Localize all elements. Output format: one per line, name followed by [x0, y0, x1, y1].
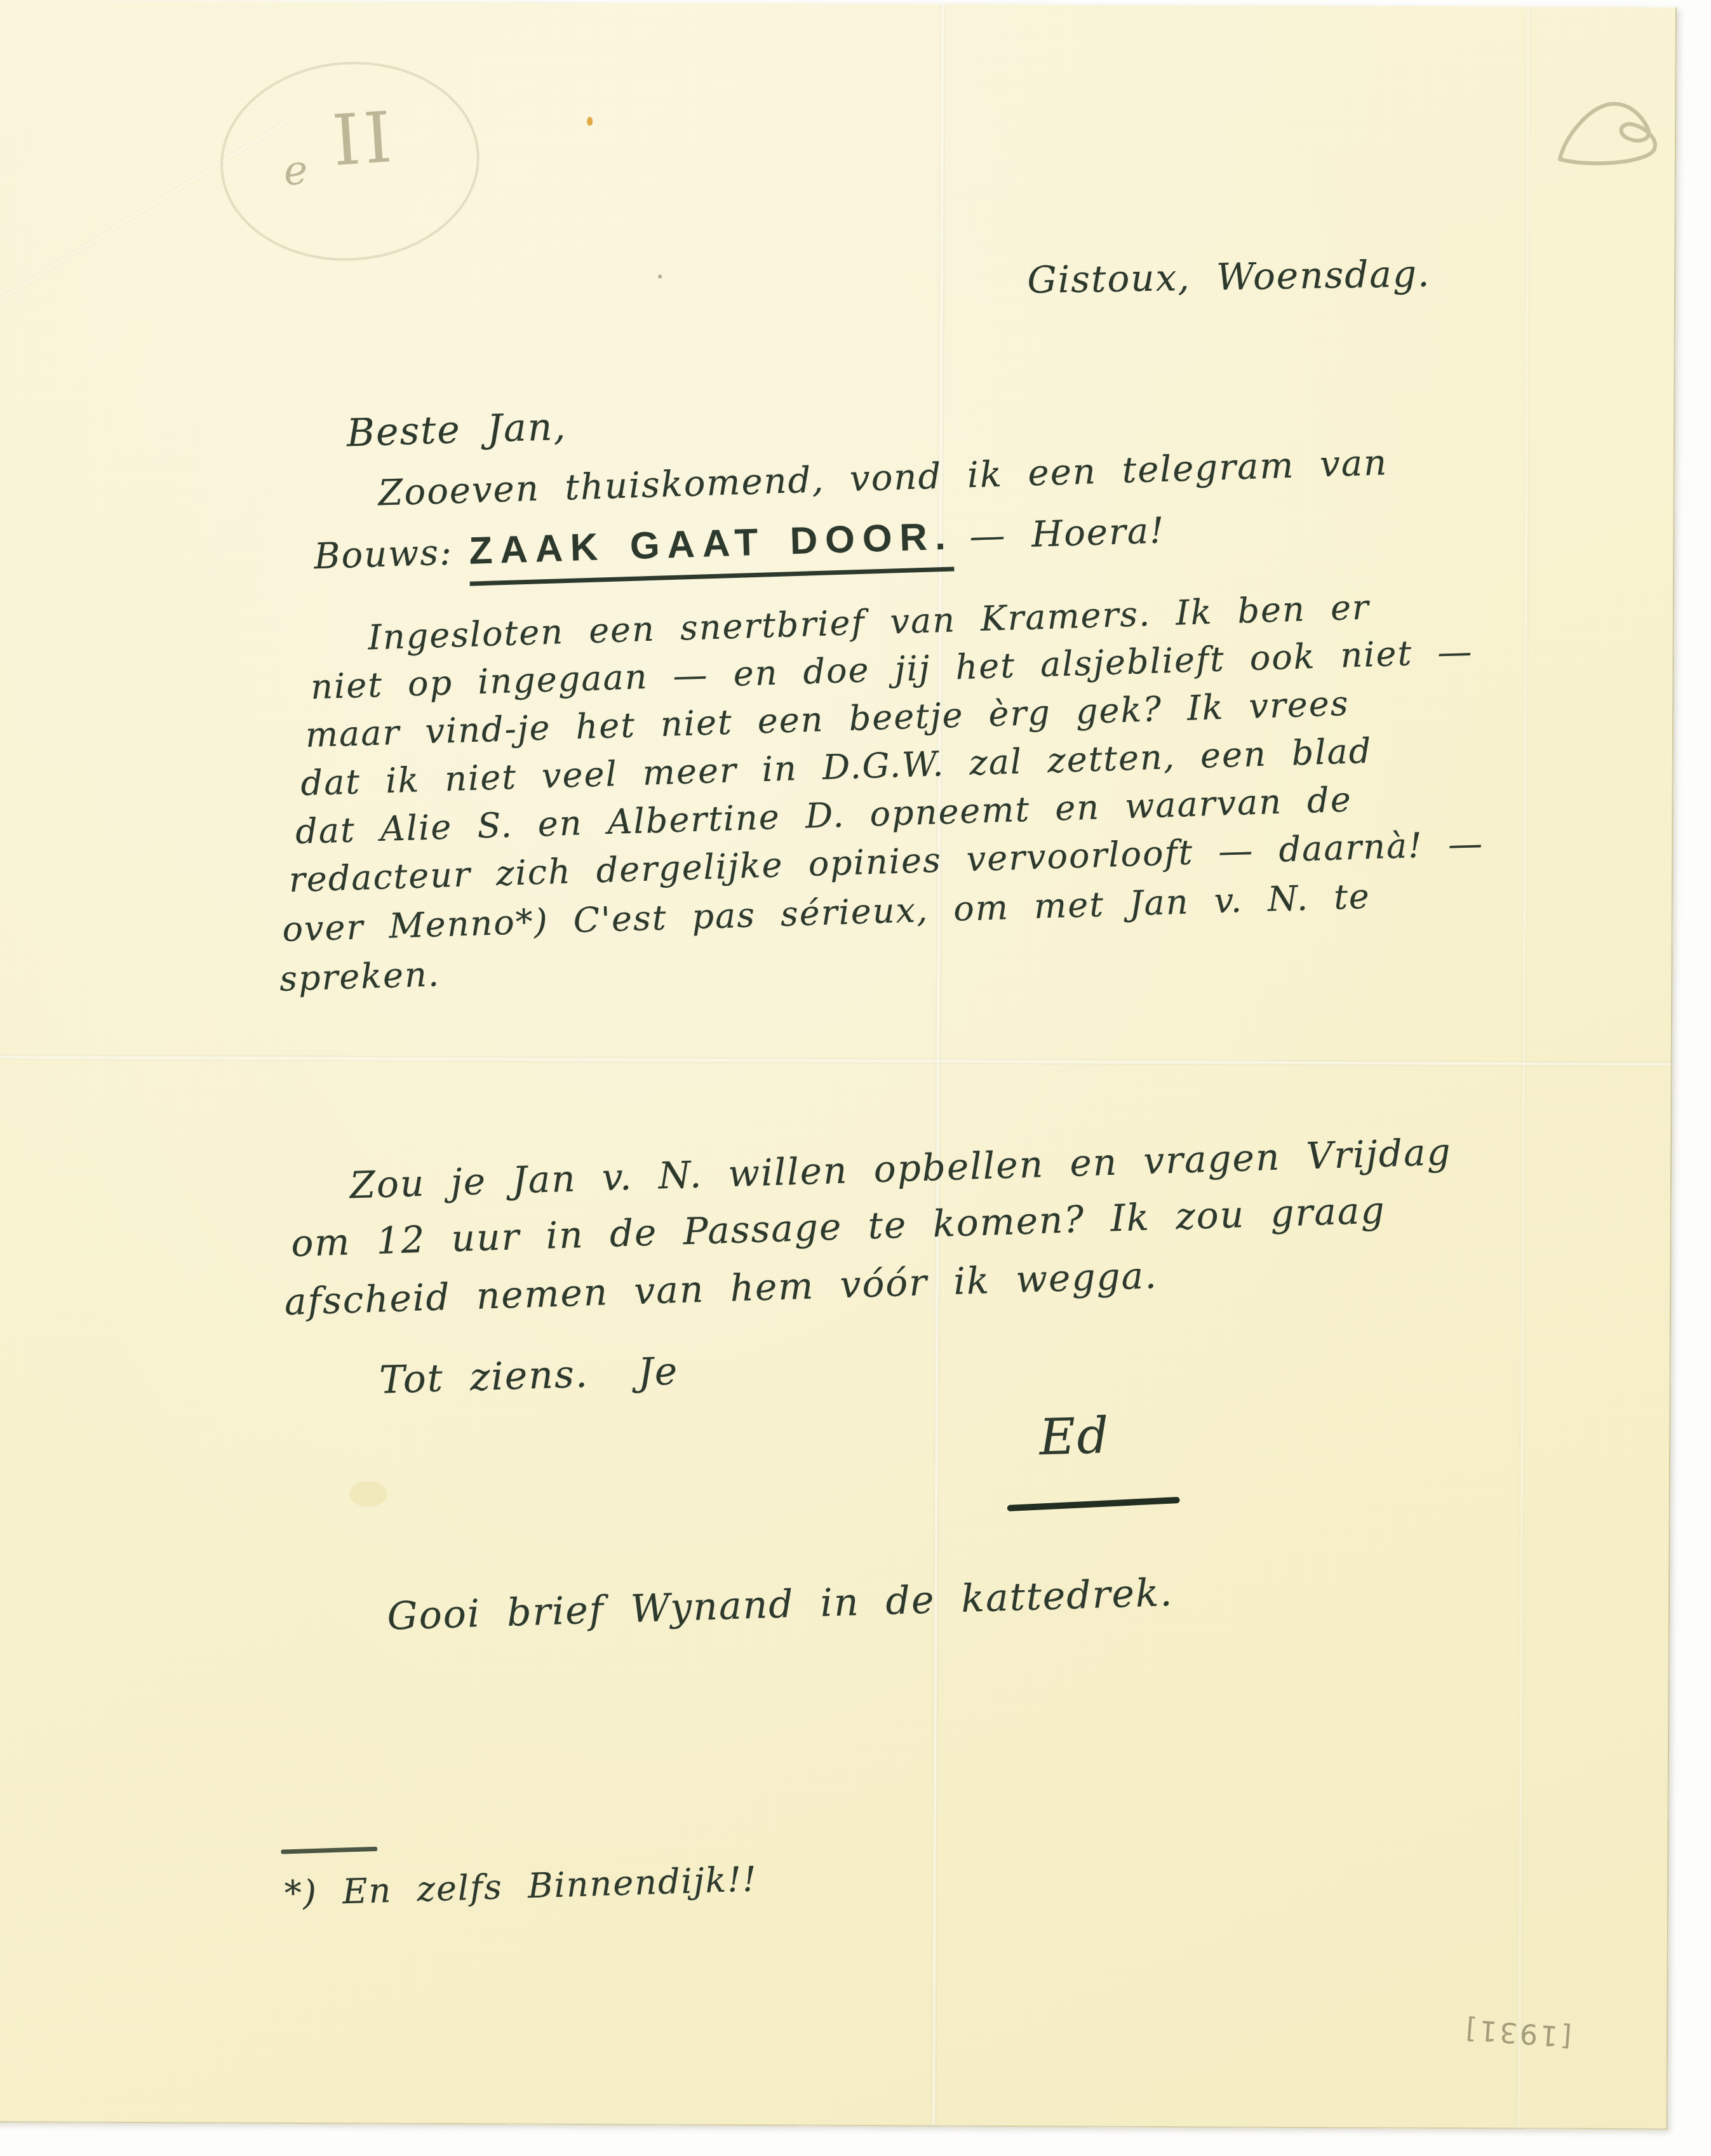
paper-speck: [658, 275, 662, 279]
pencil-roman-numeral: II: [330, 97, 398, 182]
scanned-letter-page: e II Gistoux, Woensdag. Beste Jan, Zooev…: [0, 0, 1711, 2156]
closing-text: Tot ziens.: [379, 1352, 589, 1403]
telegram-text: ZAAK GAAT DOOR.: [469, 514, 955, 586]
vertical-fold-crease: [930, 4, 946, 2125]
letter-paper: e II Gistoux, Woensdag. Beste Jan, Zooev…: [0, 0, 1677, 2129]
ink-stain: [587, 117, 593, 126]
closing-pronoun: Je: [638, 1349, 680, 1395]
paragraph2-line: afscheid nemen van hem vóór ik wegga.: [284, 1254, 1158, 1323]
footnote-line: *) En zelfs Binnendijk!!: [284, 1859, 758, 1913]
pencil-scribble: [1552, 93, 1677, 185]
salutation: Beste Jan,: [346, 405, 568, 456]
horizontal-fold-crease: [0, 1054, 1671, 1068]
signature: Ed: [1038, 1407, 1111, 1466]
telegram-prefix: Bouws:: [313, 532, 453, 578]
pencil-year-note: [1931]: [1462, 2012, 1573, 2052]
pencil-oval-small-letter: e: [282, 147, 309, 195]
telegram-line: Bouws: ZAAK GAAT DOOR. — Hoera!: [313, 507, 1166, 591]
opening-line: Zooeven thuiskomend, vond ik een telegra…: [377, 442, 1388, 514]
body-line: spreken.: [279, 954, 440, 999]
right-fold-crease: [1516, 6, 1531, 2127]
signature-underline: [1007, 1497, 1180, 1511]
footnote-separator: [281, 1847, 377, 1854]
dateline: Gistoux, Woensdag.: [1027, 252, 1431, 302]
telegram-suffix: — Hoera!: [969, 510, 1166, 557]
paper-smudge: [349, 1481, 387, 1506]
closing-line: Tot ziens. Je: [379, 1349, 679, 1402]
pencil-oval-annotation: e II: [214, 53, 486, 269]
postscript-line: Gooi brief Wynand in de kattedrek.: [387, 1570, 1174, 1639]
